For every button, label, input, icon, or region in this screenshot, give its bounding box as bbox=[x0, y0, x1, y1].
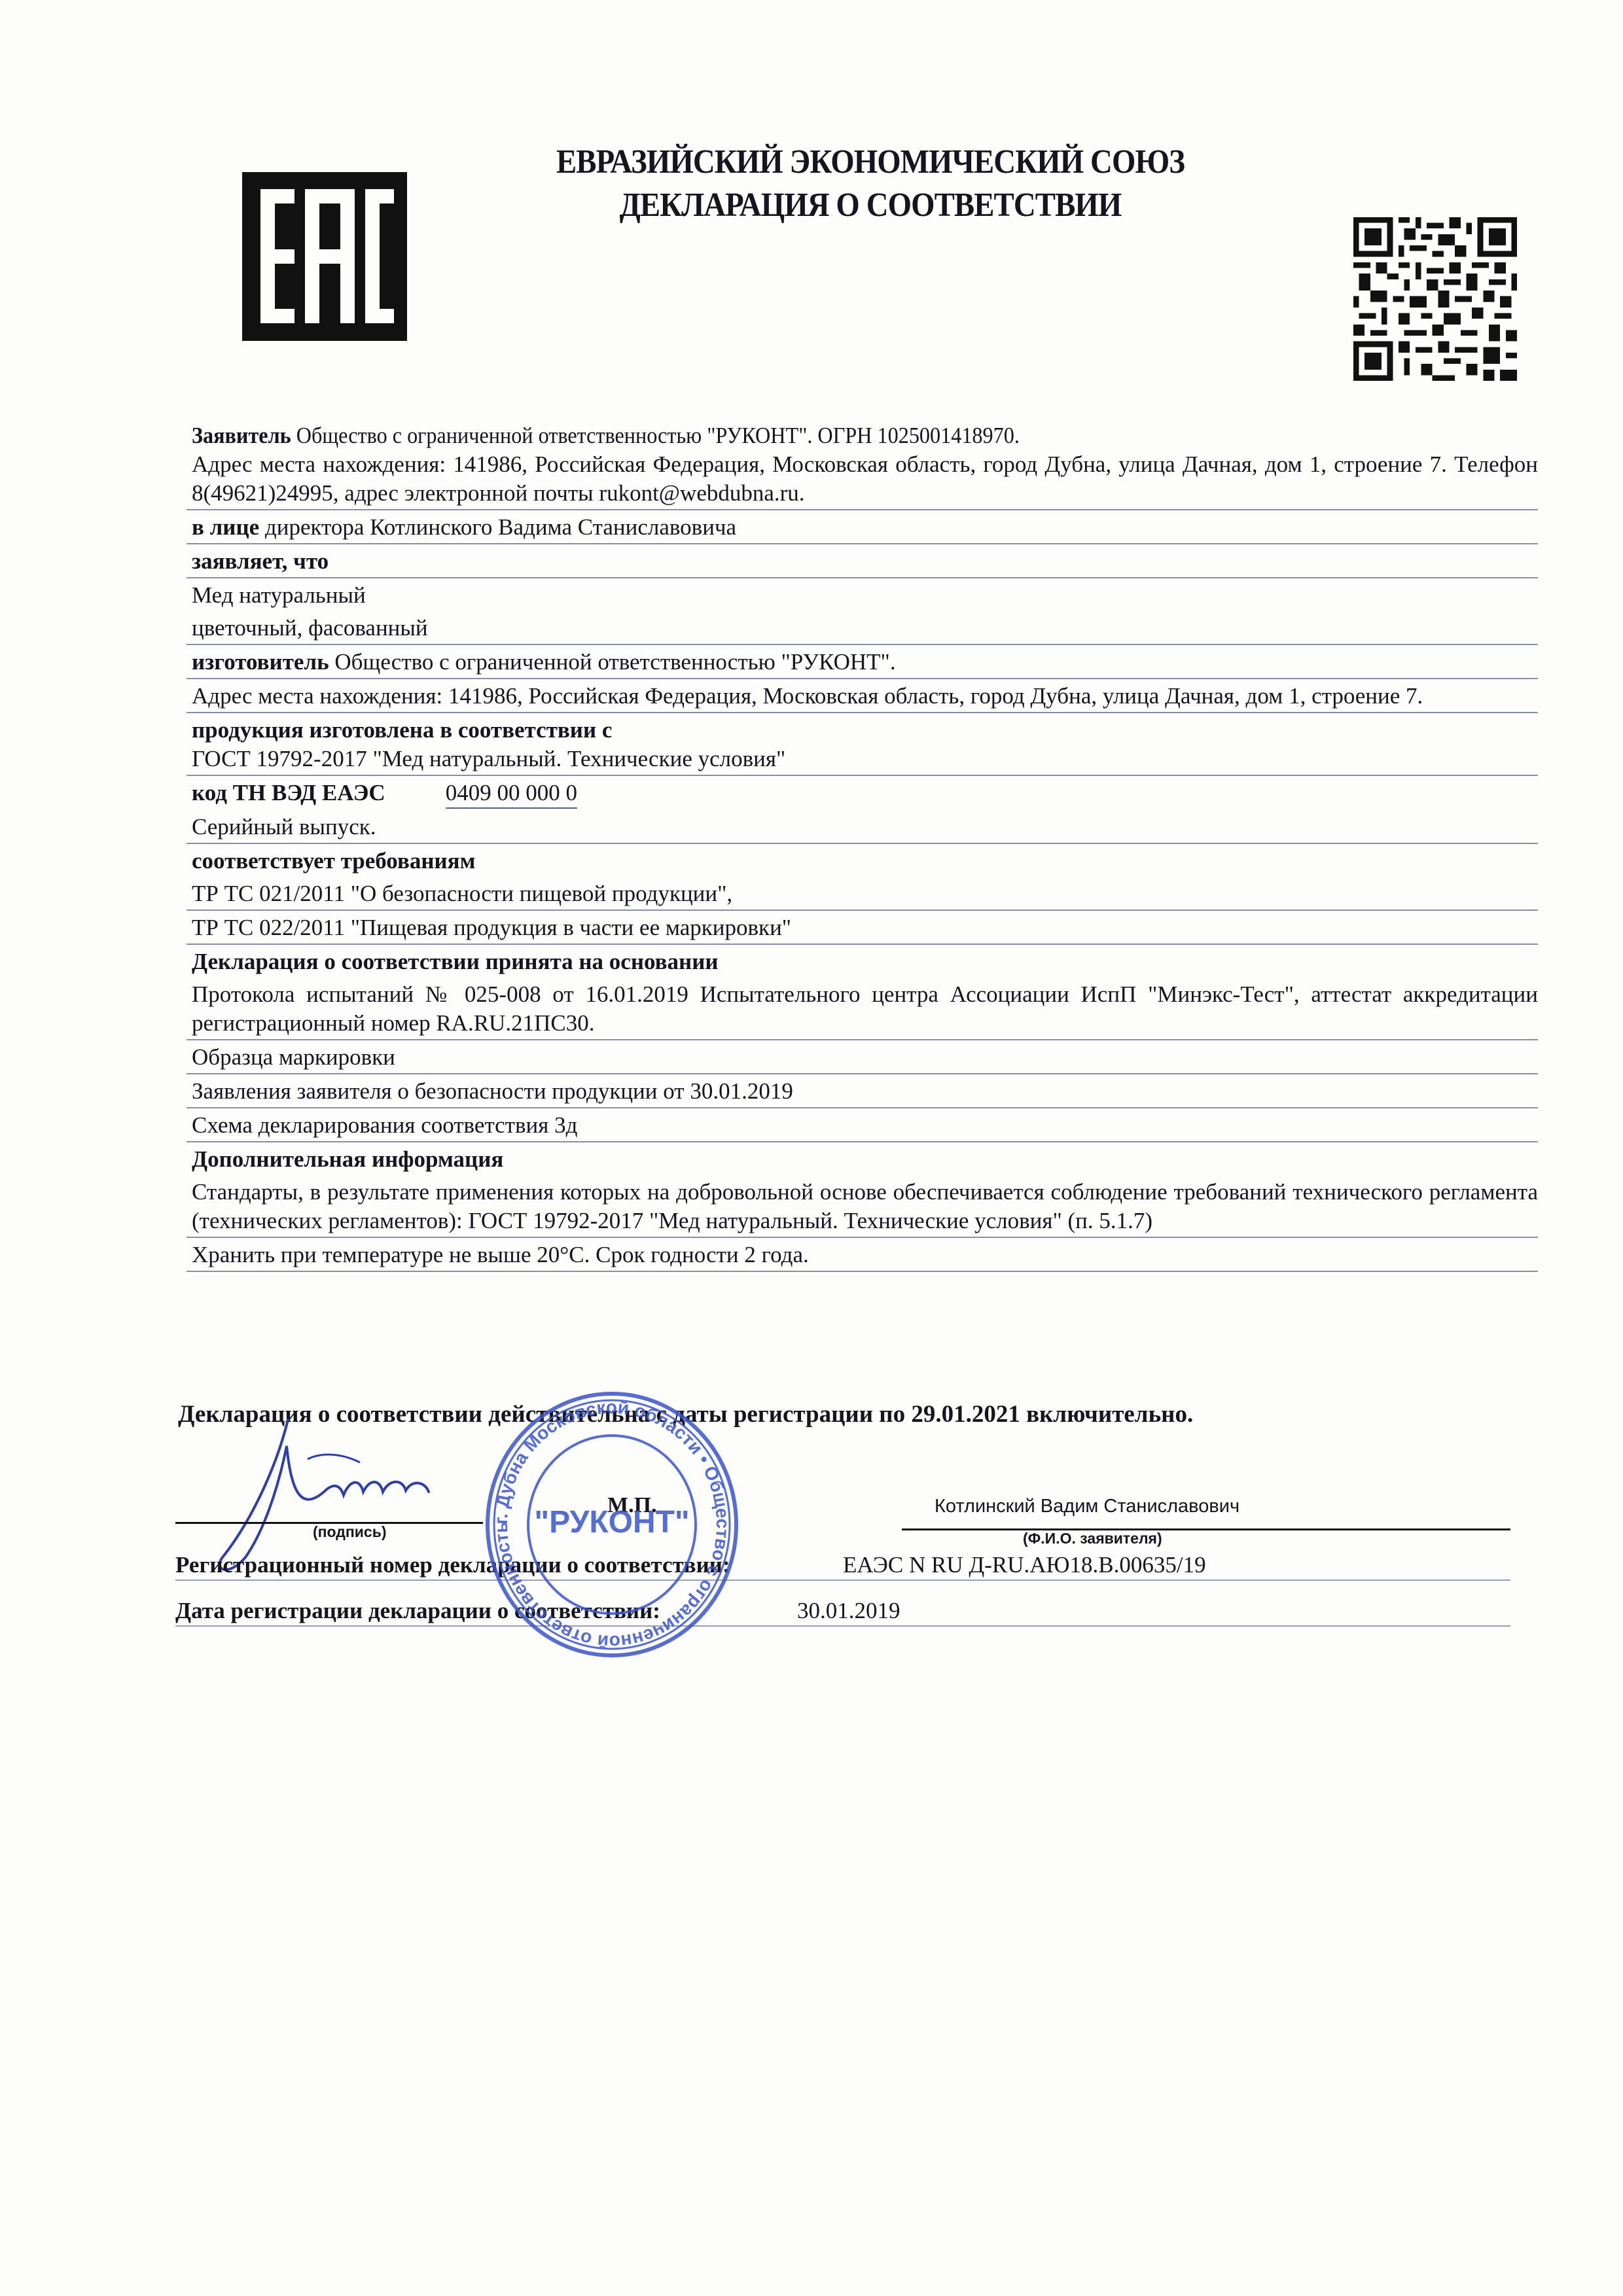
basis-statement: Заявления заявителя о безопасности проду… bbox=[187, 1074, 1538, 1108]
basis-sample: Образца маркировки bbox=[187, 1040, 1538, 1074]
signature-block: (подпись) М.П. Котлинский Вадим Станисла… bbox=[175, 1453, 1537, 1675]
serial-release: Серийный выпуск. bbox=[187, 810, 1538, 844]
registration-date-row: Дата регистрации декларации о соответств… bbox=[175, 1597, 1510, 1627]
produced-per-row: продукция изготовлена в соответствии с Г… bbox=[187, 713, 1538, 776]
basis-scheme: Схема декларирования соответствия 3д bbox=[187, 1108, 1538, 1142]
declares-label: заявляет, что bbox=[192, 548, 329, 574]
requirement-item: ТР ТС 022/2011 "Пищевая продукция в част… bbox=[187, 911, 1538, 945]
requirement-item: ТР ТС 021/2011 "О безопасности пищевой п… bbox=[187, 877, 1538, 911]
manufacturer-row: изготовитель Общество с ограниченной отв… bbox=[187, 645, 1538, 679]
basis-label: Декларация о соответствии принята на осн… bbox=[187, 945, 1538, 978]
manufacturer-address: Адрес места нахождения: 141986, Российск… bbox=[187, 679, 1538, 713]
tn-ved-label: код ТН ВЭД ЕАЭС bbox=[192, 780, 385, 805]
product-name-line2: цветочный, фасованный bbox=[187, 611, 1538, 645]
requirements-label: соответствует требованиям bbox=[187, 844, 1538, 877]
registration-number-row: Регистрационный номер декларации о соотв… bbox=[175, 1551, 1510, 1581]
declaration-body: Заявитель Общество с ограниченной ответс… bbox=[187, 419, 1538, 1272]
basis-protocol: Протокола испытаний № 025-008 от 16.01.2… bbox=[187, 978, 1538, 1040]
name-caption: (Ф.И.О. заявителя) bbox=[1023, 1530, 1162, 1547]
manufacturer-label: изготовитель bbox=[192, 649, 329, 675]
tn-ved-row: код ТН ВЭД ЕАЭС0409 00 000 0 bbox=[187, 776, 1538, 810]
represented-row: в лице директора Котлинского Вадима Стан… bbox=[187, 510, 1538, 544]
declares-row: заявляет, что bbox=[187, 544, 1538, 578]
tn-ved-code: 0409 00 000 0 bbox=[446, 779, 577, 809]
signature-caption: (подпись) bbox=[313, 1523, 387, 1541]
product-name-line1: Мед натуральный bbox=[187, 578, 1538, 611]
produced-per-value: ГОСТ 19792-2017 "Мед натуральный. Технич… bbox=[192, 745, 1538, 773]
represented-label: в лице bbox=[192, 514, 259, 540]
applicant-row: Заявитель Общество с ограниченной ответс… bbox=[187, 419, 1538, 510]
registration-number-value: ЕАЭС N RU Д-RU.АЮ18.В.00635/19 bbox=[843, 1551, 1206, 1580]
document-title: ЕВРАЗИЙСКИЙ ЭКОНОМИЧЕСКИЙ СОЮЗ ДЕКЛАРАЦИ… bbox=[499, 141, 1241, 227]
represented-value: директора Котлинского Вадима Станиславов… bbox=[265, 514, 736, 540]
company-seal-icon: г. Дубна Московской области • Общество с… bbox=[481, 1387, 743, 1662]
applicant-value: Общество с ограниченной ответственностью… bbox=[296, 423, 1020, 448]
title-declaration: ДЕКЛАРАЦИЯ О СООТВЕТСТВИИ bbox=[499, 184, 1241, 227]
qr-code-icon bbox=[1353, 217, 1517, 381]
manufacturer-value: Общество с ограниченной ответственностью… bbox=[334, 649, 895, 675]
applicant-full-name: Котлинский Вадим Станиславович bbox=[935, 1496, 1240, 1517]
additional-standards: Стандарты, в результате применения котор… bbox=[187, 1175, 1538, 1238]
applicant-label: Заявитель bbox=[192, 423, 291, 448]
additional-storage: Хранить при температуре не выше 20°С. Ср… bbox=[187, 1238, 1538, 1272]
registration-date-value: 30.01.2019 bbox=[797, 1597, 901, 1625]
name-line bbox=[902, 1528, 1510, 1530]
title-union: ЕВРАЗИЙСКИЙ ЭКОНОМИЧЕСКИЙ СОЮЗ bbox=[499, 141, 1241, 184]
seal-center-text: "РУКОНТ" bbox=[534, 1505, 689, 1540]
produced-per-label: продукция изготовлена в соответствии с bbox=[192, 716, 1538, 745]
additional-label: Дополнительная информация bbox=[187, 1142, 1538, 1175]
applicant-address: Адрес места нахождения: 141986, Российск… bbox=[192, 450, 1538, 508]
eac-logo-icon bbox=[242, 172, 407, 341]
